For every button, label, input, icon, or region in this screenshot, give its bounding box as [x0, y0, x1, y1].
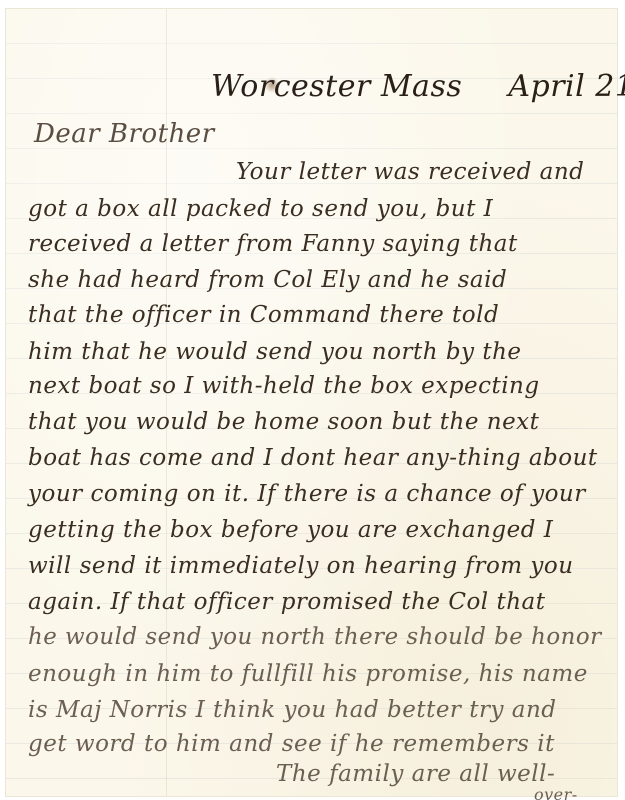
heading-date: April 21/64: [508, 69, 625, 104]
letter-line: he would send you north there should be …: [28, 624, 602, 650]
letter-line: got a box all packed to send you, but I: [28, 196, 493, 222]
letter-line: again. If that officer promised the Col …: [28, 589, 545, 615]
letter-page: Worcester Mass April 21/64 Dear Brother …: [6, 9, 617, 796]
letter-line: Your letter was received and: [236, 159, 584, 185]
letter-line: she had heard from Col Ely and he said: [28, 267, 507, 293]
letter-line: him that he would send you north by the: [28, 339, 522, 365]
letter-line: getting the box before you are exchanged…: [28, 517, 553, 543]
letter-line: that you would be home soon but the next: [28, 409, 539, 435]
heading-place: Worcester Mass: [211, 69, 462, 104]
catchword: over-: [534, 785, 578, 800]
letter-line: next boat so I with-held the box expecti…: [28, 373, 540, 399]
letter-line: get word to him and see if he remembers …: [28, 731, 555, 757]
letter-line: received a letter from Fanny saying that: [28, 231, 518, 257]
letter-line: enough in him to fullfill his promise, h…: [28, 661, 588, 687]
letter-line: will send it immediately on hearing from…: [28, 553, 574, 579]
salutation: Dear Brother: [34, 119, 215, 149]
letter-line: that the officer in Command there told: [28, 302, 499, 328]
letter-line: boat has come and I dont hear any-thing …: [28, 445, 598, 471]
letter-line: is Maj Norris I think you had better try…: [28, 697, 557, 723]
letter-line: your coming on it. If there is a chance …: [28, 481, 586, 507]
letter-line: The family are all well-: [276, 761, 555, 787]
letter-heading: Worcester Mass April 21/64: [211, 69, 625, 104]
